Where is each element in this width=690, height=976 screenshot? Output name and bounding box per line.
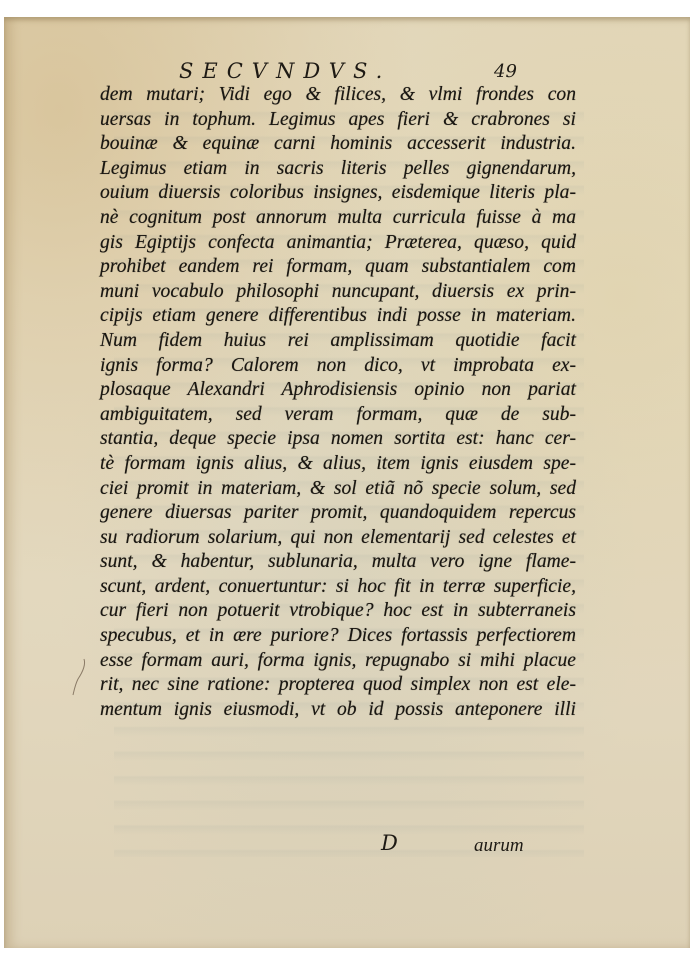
text-line: scunt, ardent, conuertuntur: si hoc fit … (100, 575, 576, 600)
text-line: cipijs etiam genere differentibus indi p… (100, 304, 576, 329)
text-line: prohibet eandem rei formam, quam substan… (100, 255, 576, 280)
text-line: ambiguitatem, sed veram formam, quæ de s… (100, 403, 576, 428)
text-line: ouium diuersis coloribus insignes, eisde… (100, 181, 576, 206)
text-line: bouinæ & equinæ carni hominis accesserit… (100, 132, 576, 157)
text-line: stantia, deque specie ipsa nomen sortita… (100, 427, 576, 452)
text-line: Num fidem huius rei amplissimam quotidie… (100, 329, 576, 354)
text-line: tè formam ignis alius, & alius, item ign… (100, 452, 576, 477)
text-line: Legimus etiam in sacris literis pelles g… (100, 157, 576, 182)
text-line: ciei promit in materiam, & sol etiã nõ s… (100, 477, 576, 502)
margin-pencil-mark-icon (72, 657, 88, 697)
text-line: nè cognitum post annorum multa curricula… (100, 206, 576, 231)
book-page: SECVNDVS. 49 dem mutari; Vidi ego & fili… (4, 17, 690, 948)
text-line: plosaque Alexandri Aphrodisiensis opinio… (100, 378, 576, 403)
page-number: 49 (494, 61, 517, 82)
text-line: mentum ignis eiusmodi, vt ob id possis a… (100, 698, 576, 723)
text-line: sunt, & habentur, sublunaria, multa vero… (100, 550, 576, 575)
text-line: muni vocabulo philosophi nuncupant, diue… (100, 280, 576, 305)
text-line: specubus, et in ære puriore? Dices forta… (100, 624, 576, 649)
text-line: genere diuersas pariter promit, quandoqu… (100, 501, 576, 526)
text-line: esse formam auri, forma ignis, repugnabo… (100, 649, 576, 674)
running-head: SECVNDVS. (179, 59, 479, 83)
text-line: su radiorum solarium, qui non elementari… (100, 526, 576, 551)
text-block: dem mutari; Vidi ego & filices, & vlmi f… (100, 83, 576, 722)
text-line: rit, nec sine ratione: propterea quod si… (100, 673, 576, 698)
text-line: uersas in tophum. Legimus apes fieri & c… (100, 108, 576, 133)
text-line: ignis forma? Calorem non dico, vt improb… (100, 354, 576, 379)
text-line: dem mutari; Vidi ego & filices, & vlmi f… (100, 83, 576, 108)
catchword: aurum (474, 835, 524, 857)
signature-mark: D (381, 831, 398, 855)
text-line: cur fieri non potuerit vtrobique? hoc es… (100, 599, 576, 624)
text-line: gis Egiptijs confecta animantia; Prætere… (100, 231, 576, 256)
